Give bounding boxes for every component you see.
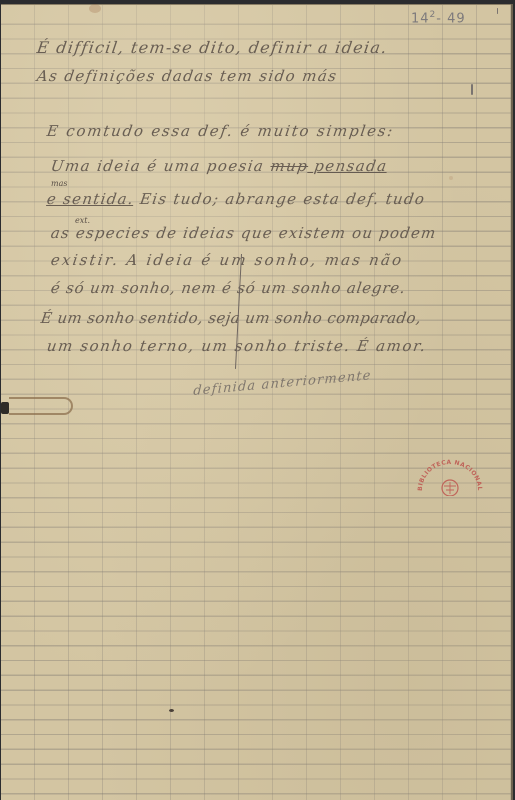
manuscript-line-7: existir. A ideia é um sonho, mas não xyxy=(50,251,405,269)
paper-clip-rust-mark xyxy=(9,397,73,415)
ink-speck xyxy=(169,709,174,712)
struck-out-word: mup xyxy=(269,157,309,175)
manuscript-line-2: As definições dadas tem sido más xyxy=(36,67,339,85)
manuscript-line-3: E comtudo essa def. é muito simples: xyxy=(46,122,396,140)
manuscript-line-1: É difficil, tem-se dito, definir a ideia… xyxy=(36,38,389,57)
line-4-text: Uma ideia é uma poesia xyxy=(50,157,272,175)
scan-background: 142- 49 É difficil, tem-se dito, definir… xyxy=(0,0,515,800)
manuscript-line-8: é só um sonho, nem é só um sonho alegre. xyxy=(50,279,407,297)
manuscript-line-4: Uma ideia é uma poesia mup pensada xyxy=(50,157,389,175)
margin-note: definida anteriormente xyxy=(193,368,372,399)
library-stamp: BIBLIOTECA NACIONAL xyxy=(416,456,484,496)
folio-number: 142- 49 xyxy=(411,10,466,26)
line-5-text: Eis tudo; abrange esta def. tudo xyxy=(133,190,427,208)
folio-number-main: 14 xyxy=(411,11,430,26)
pencil-tick-mark xyxy=(497,8,498,14)
interlinear-note: mas xyxy=(51,179,67,188)
manuscript-line-6: as especies de ideias que existem ou pod… xyxy=(50,224,438,242)
folio-number-suffix: - 49 xyxy=(436,11,465,26)
paper-stain xyxy=(449,176,453,180)
manuscript-line-5: e sentida. Eis tudo; abrange esta def. t… xyxy=(46,190,427,208)
clip-shadow xyxy=(1,402,9,414)
underlined-phrase: e sentida. xyxy=(46,190,136,208)
manuscript-page: 142- 49 É difficil, tem-se dito, definir… xyxy=(1,4,513,800)
pencil-tick-mark xyxy=(471,84,473,95)
paper-stain xyxy=(89,4,101,13)
underlined-word: pensada xyxy=(307,157,389,175)
stamp-crest-icon xyxy=(444,482,456,494)
manuscript-line-9: É um sonho sentido, seja um sonho compar… xyxy=(40,309,423,327)
